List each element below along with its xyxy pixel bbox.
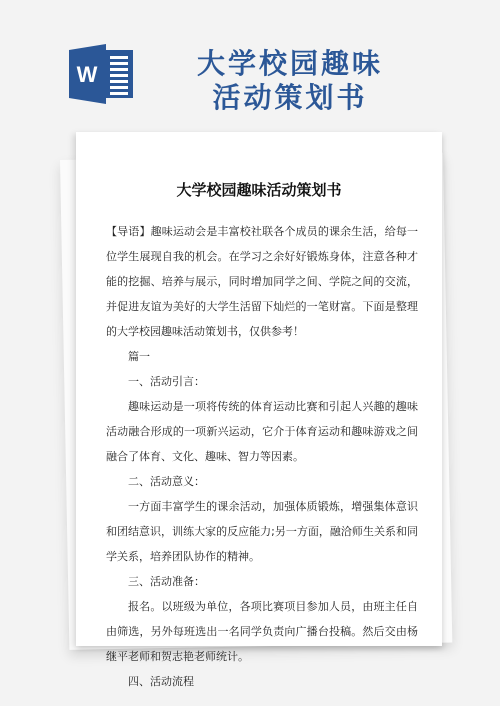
section-label: 篇一 (106, 344, 418, 369)
section-heading: 三、活动准备： (106, 569, 418, 594)
document-body: 【导语】趣味运动会是丰富校社联各个成员的课余生活，给每一位学生展现自我的机会。在… (106, 219, 418, 694)
intro-paragraph: 【导语】趣味运动会是丰富校社联各个成员的课余生活，给每一位学生展现自我的机会。在… (106, 219, 418, 344)
banner-title-line1: 大学校园趣味 (185, 47, 395, 81)
section-heading: 一、活动引言： (106, 369, 418, 394)
word-document-icon: W (69, 44, 135, 104)
body-paragraph: 一方面丰富学生的课余活动，加强体质锻炼，增强集体意识和团结意识，训练大家的反应能… (106, 494, 418, 569)
word-icon-letter: W (77, 62, 98, 87)
body-paragraph: 报名。以班级为单位，各项比赛项目参加人员，由班主任自由筛选，另外每班选出一名同学… (106, 594, 418, 669)
banner: W 大学校园趣味 活动策划书 (0, 0, 500, 125)
document-page: 大学校园趣味活动策划书 【导语】趣味运动会是丰富校社联各个成员的课余生活，给每一… (76, 132, 442, 646)
banner-title: 大学校园趣味 活动策划书 (185, 47, 395, 115)
document-title: 大学校园趣味活动策划书 (76, 179, 442, 200)
section-heading: 四、活动流程 (106, 669, 418, 694)
body-paragraph: 趣味运动是一项将传统的体育运动比赛和引起人兴趣的趣味活动融合形成的一项新兴运动，… (106, 394, 418, 469)
banner-title-line2: 活动策划书 (185, 81, 395, 115)
section-heading: 二、活动意义： (106, 469, 418, 494)
